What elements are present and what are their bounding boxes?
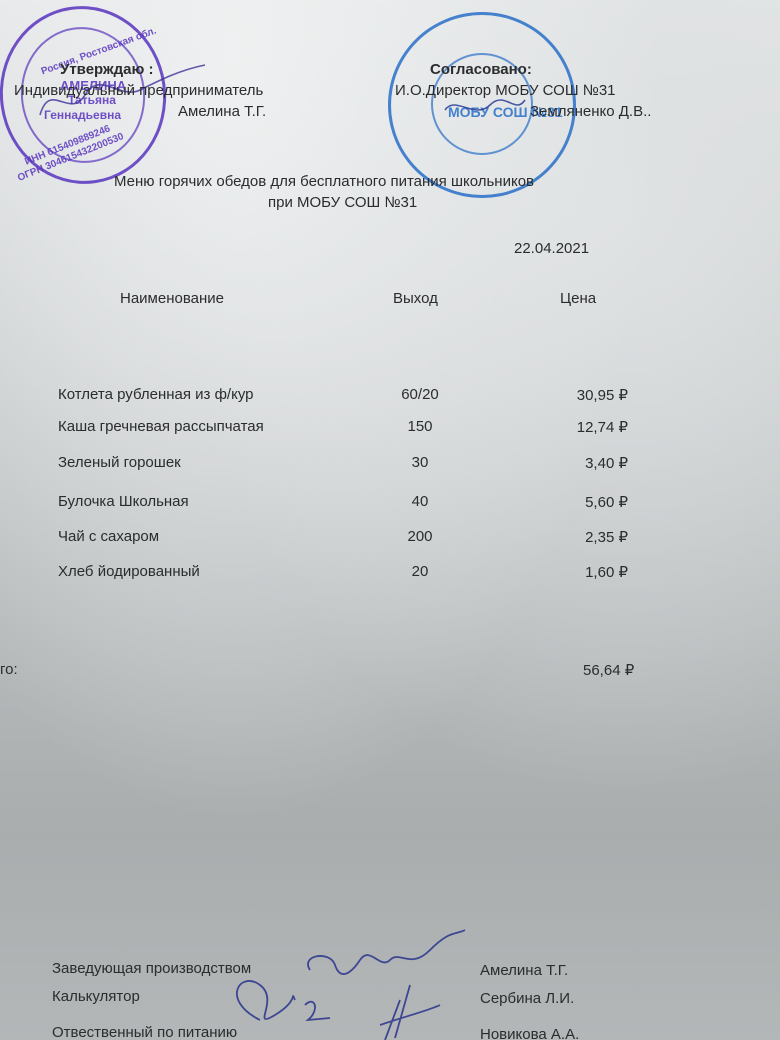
- header-price: Цена: [560, 290, 596, 307]
- dish-name: Котлета рубленная из ф/кур: [58, 386, 254, 403]
- table-row: Чай с сахаром 200 2,35 ₽: [0, 528, 780, 550]
- signature-role: Калькулятор: [52, 988, 140, 1005]
- total-label: го:: [0, 661, 18, 678]
- dish-name: Хлеб йодированный: [58, 563, 200, 580]
- agreement-name: Земляненко Д.В..: [530, 103, 651, 120]
- dish-yield: 200: [380, 528, 460, 545]
- signature-name: Сербина Л.И.: [480, 990, 574, 1007]
- header-yield: Выход: [393, 290, 438, 307]
- dish-price: 1,60 ₽: [585, 563, 628, 581]
- dish-yield: 30: [380, 454, 460, 471]
- agreement-position: И.О.Директор МОБУ СОШ №31: [395, 82, 616, 99]
- dish-price: 30,95 ₽: [577, 386, 628, 404]
- document-title-line1: Меню горячих обедов для бесплатного пита…: [114, 173, 534, 190]
- document-date: 22.04.2021: [514, 240, 589, 257]
- dish-price: 3,40 ₽: [585, 454, 628, 472]
- approval-label: Утверждаю :: [60, 61, 153, 78]
- dish-price: 12,74 ₽: [577, 418, 628, 436]
- table-row: Хлеб йодированный 20 1,60 ₽: [0, 563, 780, 585]
- dish-name: Булочка Школьная: [58, 493, 189, 510]
- dish-yield: 150: [380, 418, 460, 435]
- dish-yield: 40: [380, 493, 460, 510]
- document-title-line2: при МОБУ СОШ №31: [268, 194, 417, 211]
- total-value: 56,64 ₽: [583, 661, 634, 679]
- table-row: Зеленый горошек 30 3,40 ₽: [0, 454, 780, 476]
- signature-name: Амелина Т.Г.: [480, 962, 568, 979]
- dish-yield: 20: [380, 563, 460, 580]
- dish-yield: 60/20: [380, 386, 460, 403]
- signature-name: Новикова А.А.: [480, 1026, 579, 1040]
- dish-price: 2,35 ₽: [585, 528, 628, 546]
- approval-position: Индивидуальный предприниматель: [14, 82, 263, 99]
- dish-name: Зеленый горошек: [58, 454, 181, 471]
- dish-price: 5,60 ₽: [585, 493, 628, 511]
- table-row: Булочка Школьная 40 5,60 ₽: [0, 493, 780, 515]
- dish-name: Каша гречневая рассыпчатая: [58, 418, 264, 435]
- table-row: Котлета рубленная из ф/кур 60/20 30,95 ₽: [0, 386, 780, 408]
- handwritten-signatures-icon: [200, 930, 480, 1040]
- header-name: Наименование: [120, 290, 224, 307]
- agreement-label: Согласовано:: [430, 61, 532, 78]
- table-row: Каша гречневая рассыпчатая 150 12,74 ₽: [0, 418, 780, 440]
- dish-name: Чай с сахаром: [58, 528, 159, 545]
- approval-name: Амелина Т.Г.: [178, 103, 266, 120]
